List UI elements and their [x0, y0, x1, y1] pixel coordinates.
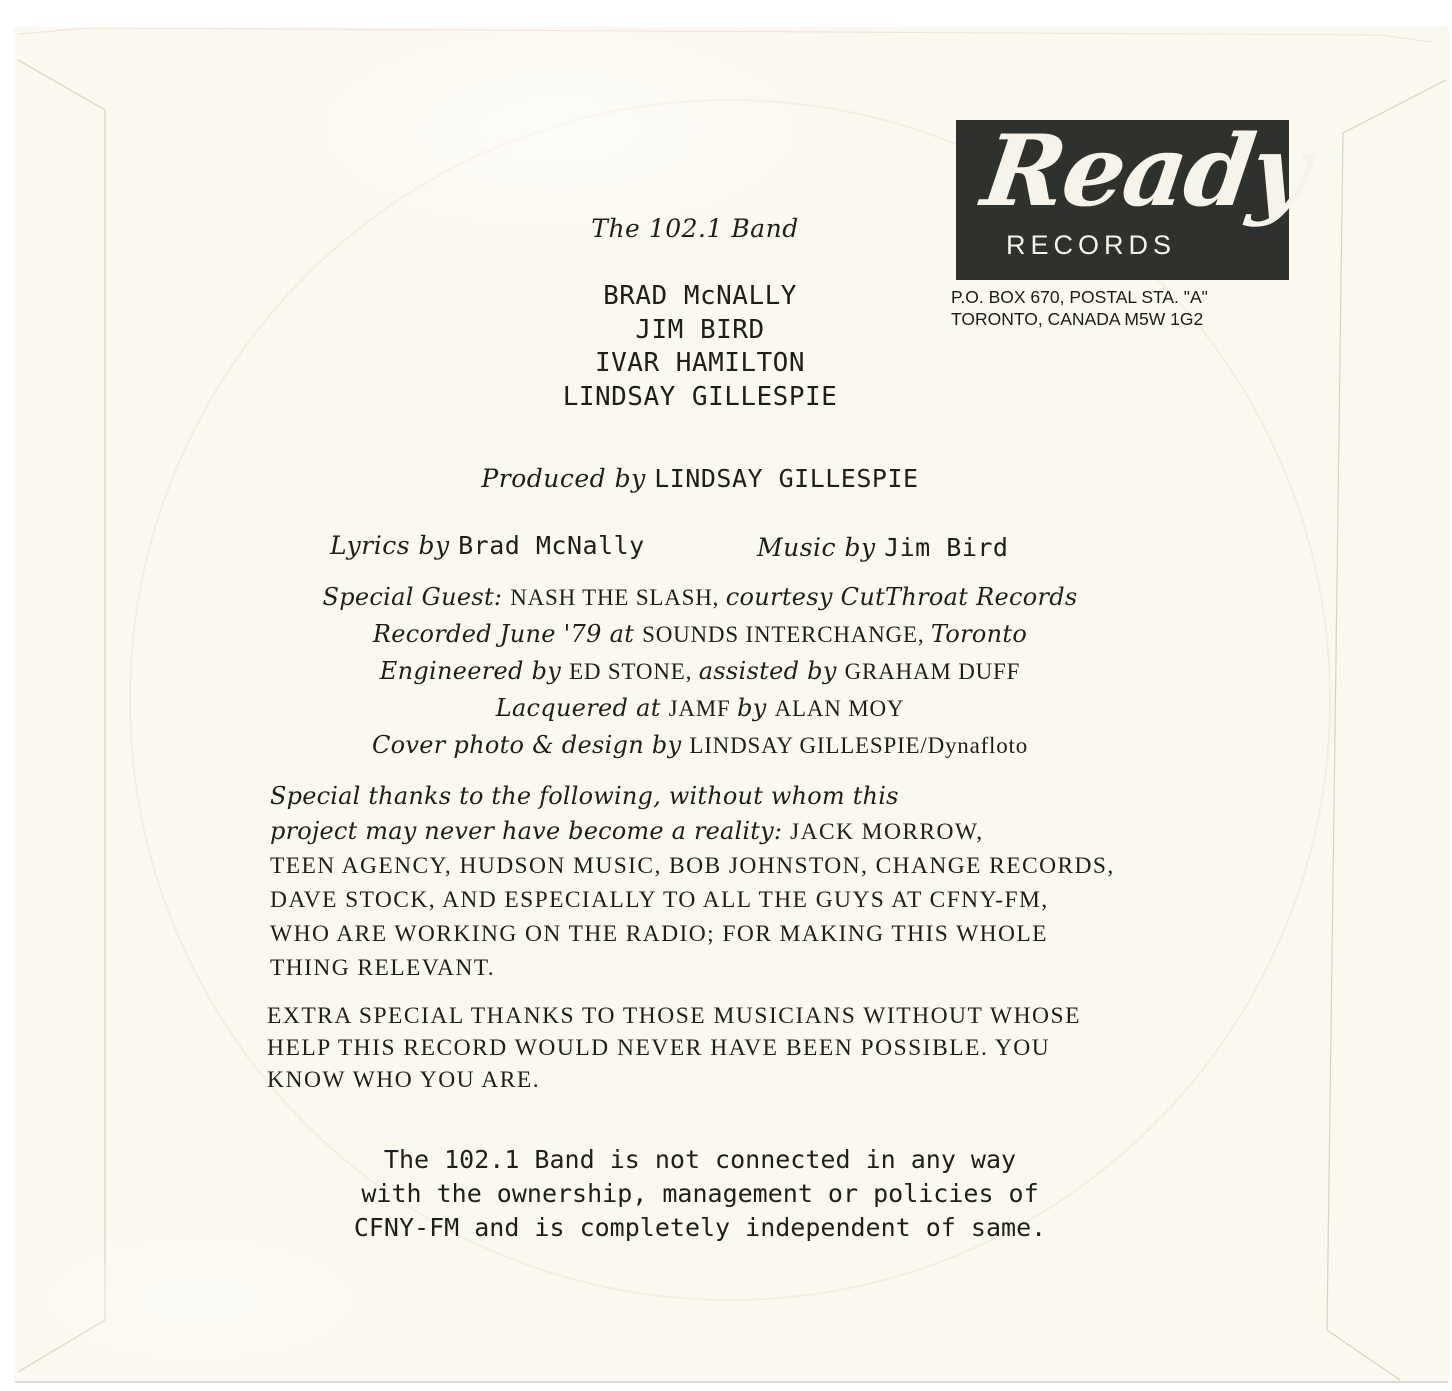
- typed-text: ED STONE,: [569, 659, 699, 684]
- typed-text: JACK MORROW,: [790, 819, 984, 845]
- disclaimer-line: CFNY-FM and is completely independent of…: [0, 1211, 1400, 1245]
- member-name: BRAD McNALLY: [0, 280, 1400, 314]
- logo-script-text: Ready: [976, 114, 1315, 229]
- thanks-line: TEEN AGENCY, HUDSON MUSIC, BOB JOHNSTON,…: [270, 850, 1230, 884]
- disclaimer-line: with the ownership, management or polici…: [0, 1177, 1400, 1211]
- band-members: BRAD McNALLY JIM BIRD IVAR HAMILTON LIND…: [0, 280, 1400, 414]
- extra-thanks-line: EXTRA SPECIAL THANKS TO THOSE MUSICIANS …: [267, 1000, 1187, 1032]
- script-text: Lacquered at: [496, 694, 669, 722]
- disclaimer-line: The 102.1 Band is not connected in any w…: [0, 1143, 1400, 1177]
- typed-text: JAMF: [669, 696, 738, 721]
- credit-line: Cover photo & design by LINDSAY GILLESPI…: [0, 728, 1400, 765]
- member-name: LINDSAY GILLESPIE: [0, 381, 1400, 415]
- member-name: IVAR HAMILTON: [0, 347, 1400, 381]
- typed-text: DAVE STOCK, AND ESPECIALLY TO ALL THE GU…: [270, 887, 1049, 913]
- composer-name: Jim Bird: [884, 533, 1008, 562]
- producer-credit: Produced by LINDSAY GILLESPIE: [0, 464, 1400, 493]
- script-text: assisted by: [699, 657, 845, 685]
- credit-line: Engineered by ED STONE, assisted by GRAH…: [0, 654, 1400, 691]
- recording-credits: Special Guest: NASH THE SLASH, courtesy …: [0, 580, 1400, 765]
- credit-line: Lacquered at JAMF by ALAN MOY: [0, 691, 1400, 728]
- typed-text: THING RELEVANT.: [270, 955, 495, 981]
- typed-text: SOUNDS INTERCHANGE,: [642, 622, 931, 647]
- extra-thanks-line: HELP THIS RECORD WOULD NEVER HAVE BEEN P…: [267, 1032, 1187, 1064]
- credit-line: Recorded June '79 at SOUNDS INTERCHANGE,…: [0, 617, 1400, 654]
- script-text: Cover photo & design by: [372, 731, 689, 759]
- thanks-line: THING RELEVANT.: [270, 952, 1230, 986]
- special-thanks: Special thanks to the following, without…: [270, 780, 1230, 986]
- script-text: by: [737, 694, 774, 722]
- script-text: courtesy CutThroat Records: [726, 583, 1078, 611]
- thanks-line: WHO ARE WORKING ON THE RADIO; FOR MAKING…: [270, 918, 1230, 952]
- typed-text: LINDSAY GILLESPIE/Dynafloto: [689, 733, 1028, 758]
- typed-text: NASH THE SLASH,: [510, 585, 726, 610]
- extra-thanks-line: KNOW WHO YOU ARE.: [267, 1064, 1187, 1096]
- typed-text: TEEN AGENCY, HUDSON MUSIC, BOB JOHNSTON,…: [270, 853, 1115, 879]
- script-text: Recorded June '79 at: [373, 620, 642, 648]
- lyrics-credit: Lyrics by Brad McNally: [330, 531, 645, 560]
- lyricist-name: Brad McNally: [458, 531, 645, 560]
- extra-special-thanks: EXTRA SPECIAL THANKS TO THOSE MUSICIANS …: [267, 1000, 1187, 1096]
- thanks-line: project may never have become a reality:…: [270, 815, 1230, 850]
- lyrics-label: Lyrics by: [330, 531, 450, 560]
- credit-line: Special Guest: NASH THE SLASH, courtesy …: [0, 580, 1400, 617]
- thanks-line: DAVE STOCK, AND ESPECIALLY TO ALL THE GU…: [270, 884, 1230, 918]
- script-text: Special thanks to the following, without…: [270, 782, 899, 810]
- thanks-line: Special thanks to the following, without…: [270, 780, 1230, 815]
- member-name: JIM BIRD: [0, 314, 1400, 348]
- typed-text: GRAHAM DUFF: [845, 659, 1021, 684]
- typed-text: ALAN MOY: [775, 696, 905, 721]
- producer-name: LINDSAY GILLESPIE: [654, 464, 918, 493]
- typed-text: WHO ARE WORKING ON THE RADIO; FOR MAKING…: [270, 921, 1048, 947]
- music-label: Music by: [757, 533, 876, 562]
- produced-label: Produced by: [481, 464, 645, 493]
- ready-records-logo: Ready RECORDS: [956, 120, 1289, 280]
- script-text: Engineered by: [380, 657, 569, 685]
- band-title: The 102.1 Band: [0, 214, 1390, 243]
- script-text: project may never have become a reality:: [270, 817, 790, 845]
- script-text: Special Guest:: [322, 583, 510, 611]
- disclaimer: The 102.1 Band is not connected in any w…: [0, 1143, 1400, 1245]
- script-text: Toronto: [931, 620, 1027, 648]
- music-credit: Music by Jim Bird: [757, 533, 1008, 562]
